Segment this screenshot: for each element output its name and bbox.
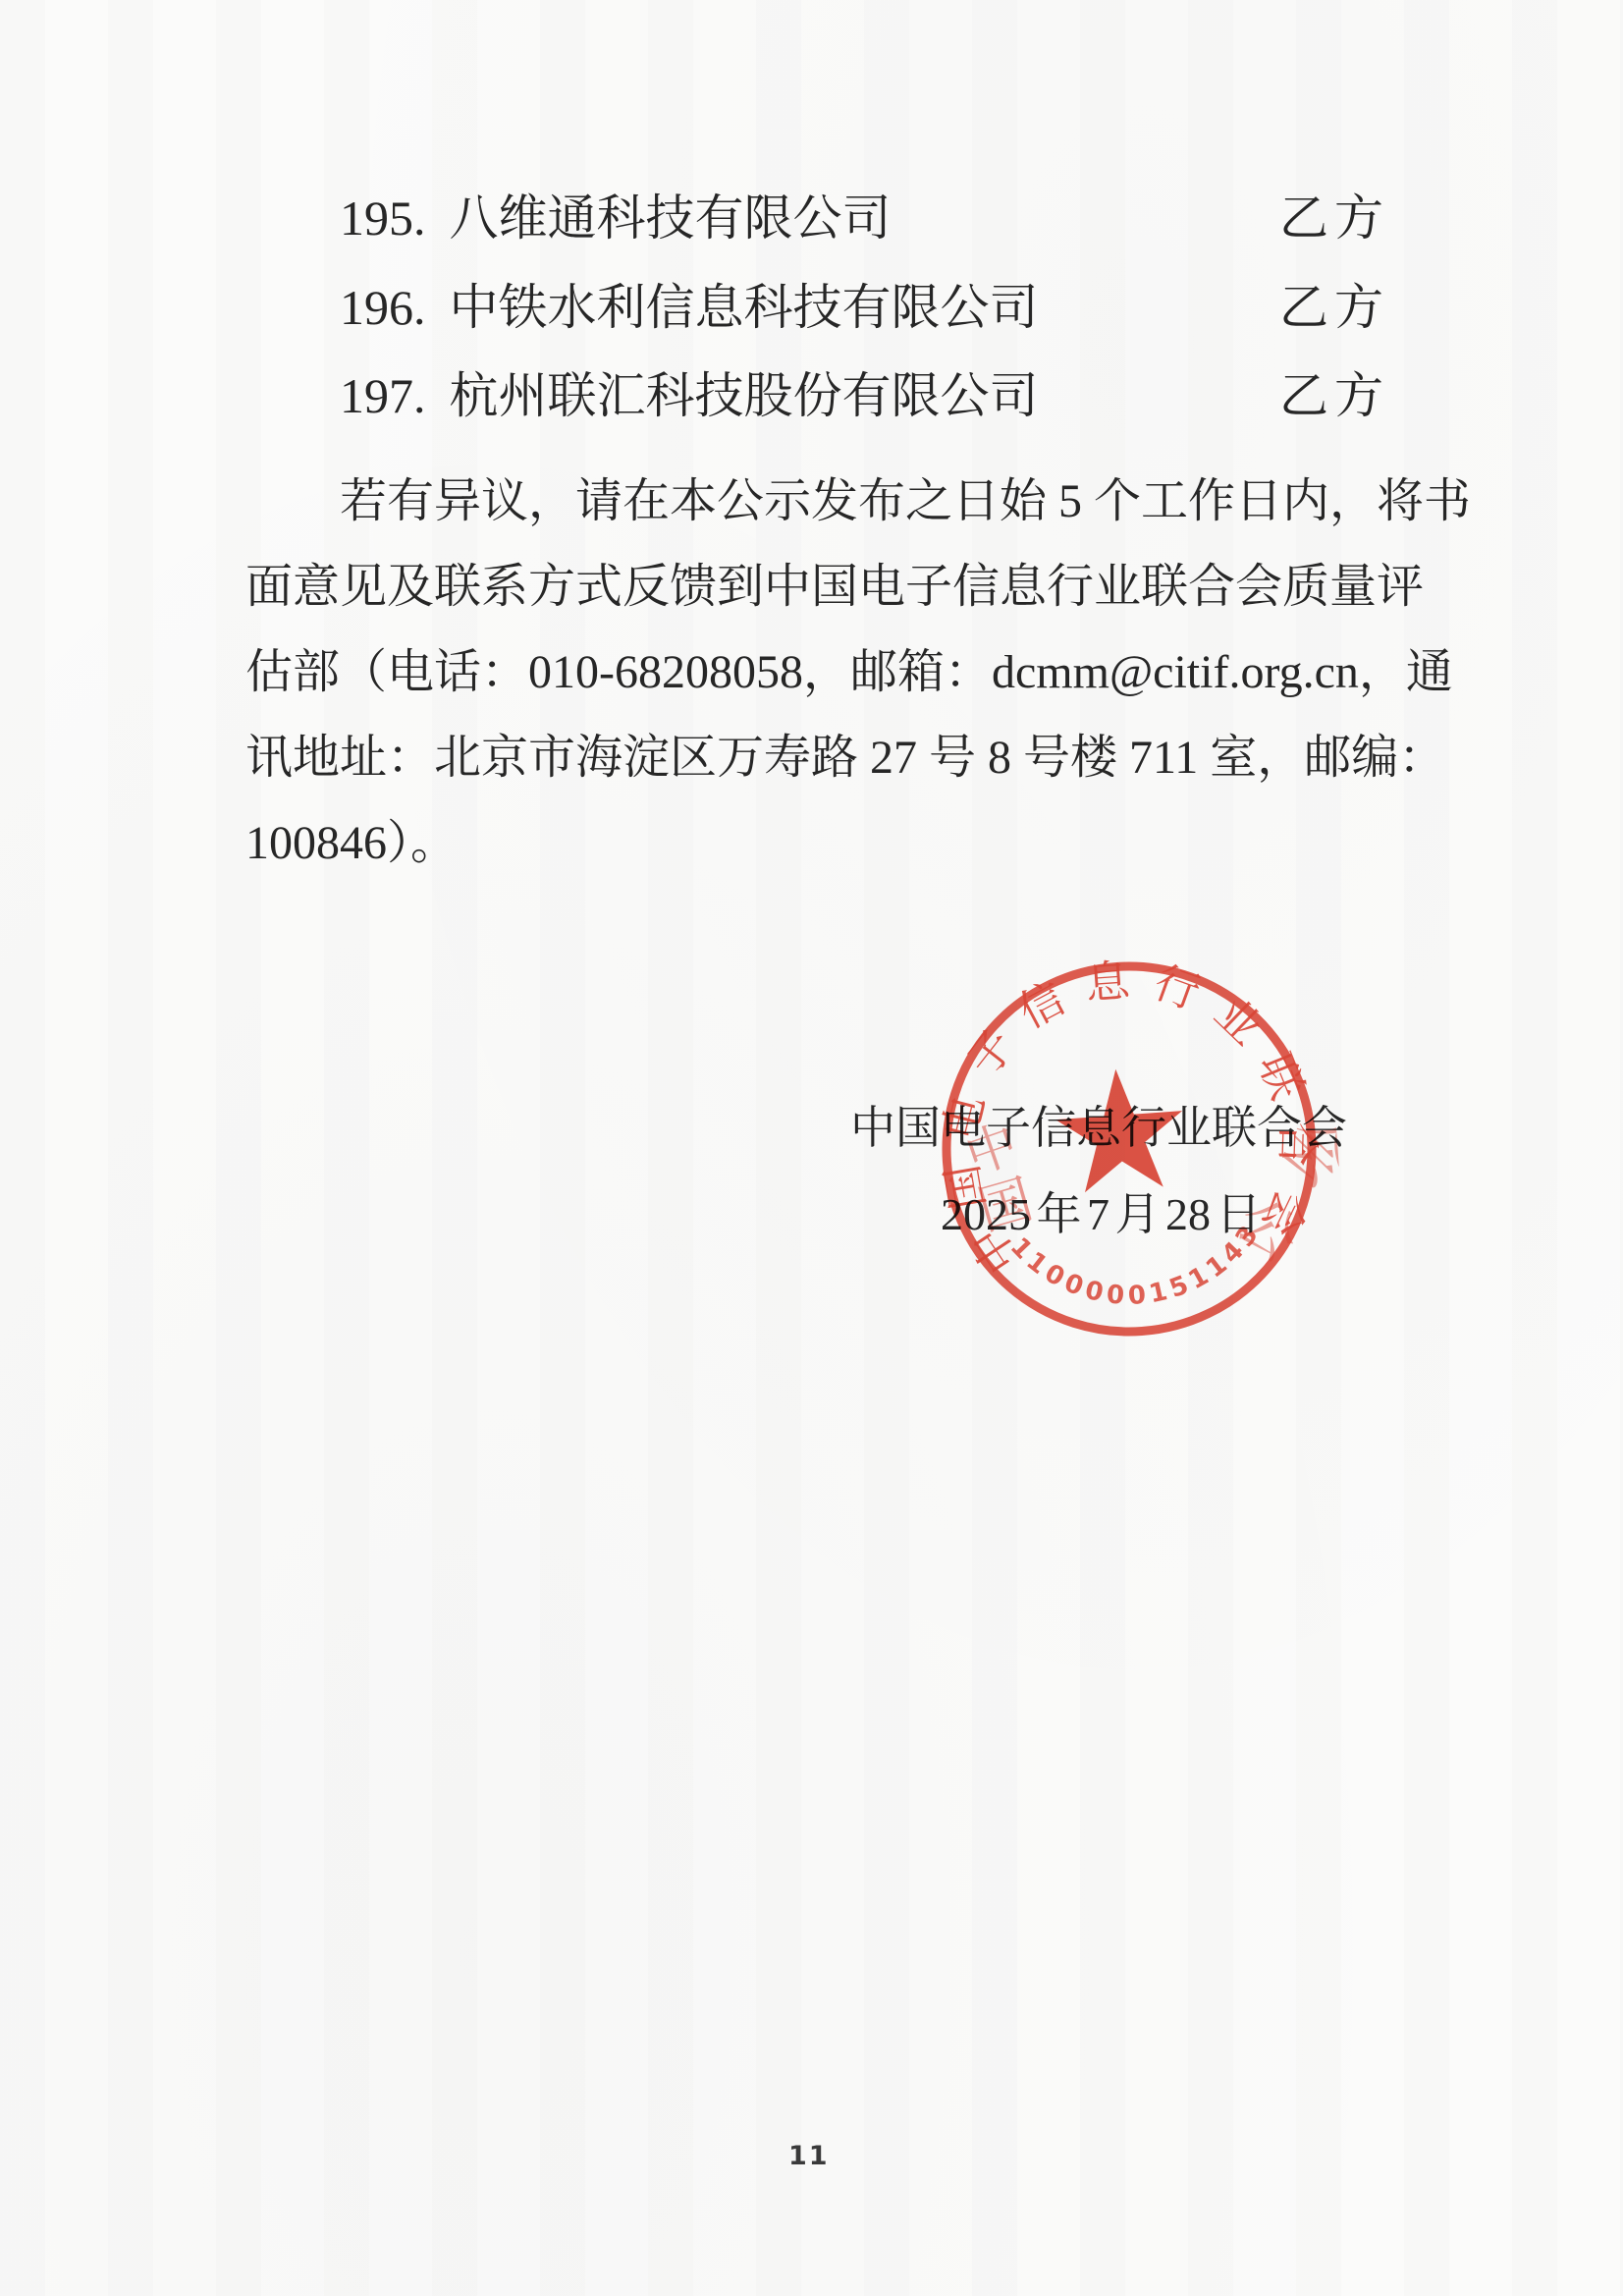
notice-line: 100846）。 — [245, 800, 1375, 886]
list-item-number: 196. — [340, 278, 426, 337]
party-role-label: 乙方 — [1279, 278, 1389, 337]
company-name: 杭州联汇科技股份有限公司 — [450, 366, 1039, 425]
list-item: 195. 八维通科技有限公司 乙方 — [340, 189, 1389, 247]
notice-line: 若有异议，请在本公示发布之日始 5 个工作日内，将书 — [245, 459, 1375, 544]
party-role-label: 乙方 — [1279, 189, 1389, 247]
page-number: 11 — [788, 2141, 830, 2171]
list-item-number: 197. — [340, 366, 426, 425]
company-name: 中铁水利信息科技有限公司 — [450, 278, 1039, 337]
objection-notice-paragraph: 若有异议，请在本公示发布之日始 5 个工作日内，将书 面意见及联系方式反馈到中国… — [245, 459, 1375, 886]
notice-line: 面意见及联系方式反馈到中国电子信息行业联合会质量评 — [245, 544, 1375, 629]
party-role-label: 乙方 — [1279, 366, 1389, 425]
list-item-number: 195. — [340, 189, 426, 247]
list-item: 197. 杭州联汇科技股份有限公司 乙方 — [340, 366, 1389, 425]
company-name: 八维通科技有限公司 — [450, 189, 892, 247]
star-icon — [1053, 1065, 1188, 1194]
document-page: 195. 八维通科技有限公司 乙方 196. 中铁水利信息科技有限公司 乙方 1… — [0, 0, 1623, 2296]
list-item: 196. 中铁水利信息科技有限公司 乙方 — [340, 278, 1389, 337]
notice-line: 估部（电话：010-68208058，邮箱：dcmm@citif.org.cn，… — [245, 629, 1375, 715]
scan-texture — [0, 0, 1623, 2296]
notice-line: 讯地址：北京市海淀区万寿路 27 号 8 号楼 711 室，邮编： — [245, 715, 1375, 800]
official-seal-stamp: 中国电子信息行业联合会 1100000151143 中 国 会 公 — [907, 927, 1352, 1372]
